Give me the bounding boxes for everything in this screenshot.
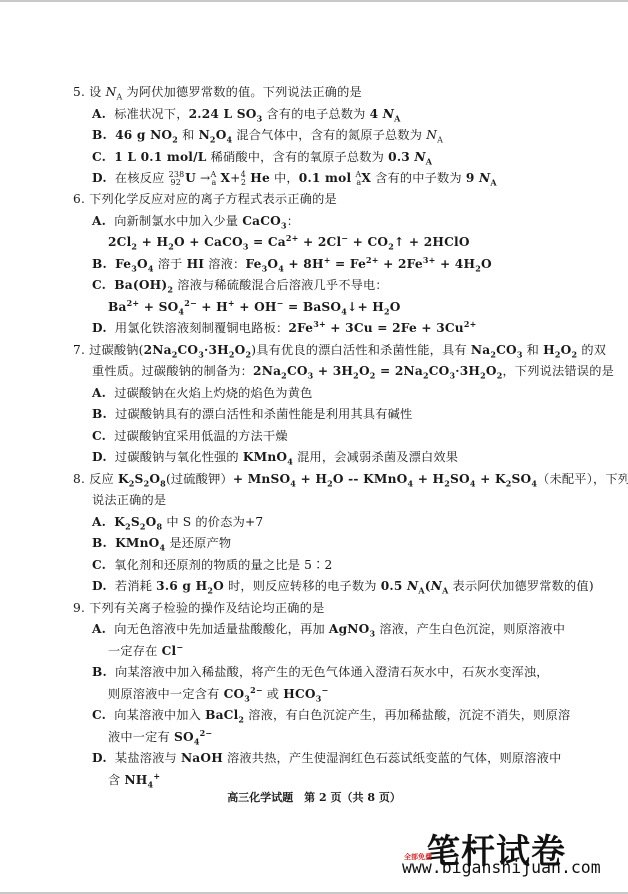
question-5-option-d: D. 在核反应 23892 U →Aa X+42 He 中，0.1 mol Aa… <box>92 170 497 186</box>
question-9-option-b: B. 向某溶液中加入稀盐酸，将产生的无色气体通入澄清石灰水中，石灰水变浑浊， <box>92 664 549 680</box>
question-8-stem-line2: 说法正确的是 <box>92 492 166 508</box>
question-6-stem: 6. 下列化学反应对应的离子方程式表示正确的是 <box>73 191 337 207</box>
question-5-option-a: A. 标准状况下，2.24 L SO3 含有的电子总数为 4 NA <box>92 106 400 122</box>
watermark-url: www.biganshijuan.com <box>402 858 601 877</box>
question-8-option-a: A. K2S2O8 中 S 的价态为+7 <box>92 514 263 530</box>
question-9-stem: 9. 下列有关离子检验的操作及结论均正确的是 <box>73 600 324 616</box>
question-7-option-d: D. 过碳酸钠与氧化性强的 KMnO4 混用，会减弱杀菌及漂白效果 <box>92 449 458 465</box>
question-5-option-c: C. 1 L 0.1 mol/L 稀硝酸中，含有的氧原子总数为 0.3 NA <box>92 149 432 165</box>
question-6-option-a-equation: 2Cl2 + H2O + CaCO3 = Ca2+ + 2Cl− + CO2↑ … <box>108 234 470 250</box>
question-9-option-c: C. 向某溶液中加入 BaCl2 溶液，有白色沉淀产生，再加稀盐酸，沉淀不消失，… <box>92 707 570 723</box>
question-6-option-d: D. 用氯化铁溶液刻制覆铜电路板：2Fe3+ + 3Cu = 2Fe + 3Cu… <box>92 320 477 336</box>
question-7-stem-line1: 7. 过碳酸钠(2Na2CO3·3H2O2)具有优良的漂白活性和杀菌性能，具有 … <box>73 342 606 358</box>
question-8-option-d: D. 若消耗 3.6 g H2O 时，则反应转移的电子数为 0.5 NA(NA … <box>92 578 594 594</box>
page-footer: 高三化学试题 第 2 页（共 8 页） <box>0 789 628 805</box>
question-9-option-d: D. 某盐溶液与 NaOH 溶液共热，产生使湿润红色石蕊试纸变蓝的气体，则原溶液… <box>92 750 561 766</box>
question-7-option-b: B. 过碳酸钠具有的漂白活性和杀菌性能是利用其具有碱性 <box>92 406 412 422</box>
question-6-option-a: A. 向新制氯水中加入少量 CaCO3： <box>92 213 299 229</box>
question-6-option-c: C. Ba(OH)2 溶液与稀硫酸混合后溶液几乎不导电： <box>92 277 388 293</box>
question-5-option-b: B. 46 g NO2 和 N2O4 混合气体中，含有的氮原子总数为 NA <box>92 127 443 143</box>
question-5-stem: 5. 设 NA 为阿伏加德罗常数的值。下列说法正确的是 <box>73 84 362 100</box>
question-6-option-c-equation: Ba2+ + SO42− + H+ + OH− = BaSO4↓+ H2O <box>108 299 401 315</box>
exam-page: 5. 设 NA 为阿伏加德罗常数的值。下列说法正确的是 A. 标准状况下，2.2… <box>0 0 628 894</box>
question-8-option-c: C. 氧化剂和还原剂的物质的量之比是 5∶2 <box>92 557 332 573</box>
question-9-option-c-cont: 液中一定有 SO42− <box>108 729 212 745</box>
question-9-option-a-cont: 一定存在 Cl− <box>108 643 183 659</box>
question-9-option-a: A. 向无色溶液中先加适量盐酸酸化，再加 AgNO3 溶液，产生白色沉淀，则原溶… <box>92 621 565 637</box>
question-6-option-b: B. Fe3O4 溶于 HI 溶液：Fe3O4 + 8H+ = Fe2+ + 2… <box>92 256 492 272</box>
question-9-option-d-cont: 含 NH4+ <box>108 772 160 788</box>
question-8-option-b: B. KMnO4 是还原产物 <box>92 535 231 551</box>
question-9-option-b-cont: 则原溶液中一定含有 CO32− 或 HCO3− <box>108 686 328 702</box>
question-7-option-c: C. 过碳酸钠宜采用低温的方法干燥 <box>92 428 288 444</box>
question-7-stem-line2: 重性质。过碳酸钠的制备为：2Na2CO3 + 3H2O2 = 2Na2CO3·3… <box>92 363 614 379</box>
question-8-stem-line1: 8. 反应 K2S2O8(过硫酸钾）+ MnSO4 + H2O -- KMnO4… <box>73 471 628 487</box>
question-7-option-a: A. 过碳酸钠在火焰上灼烧的焰色为黄色 <box>92 385 312 401</box>
